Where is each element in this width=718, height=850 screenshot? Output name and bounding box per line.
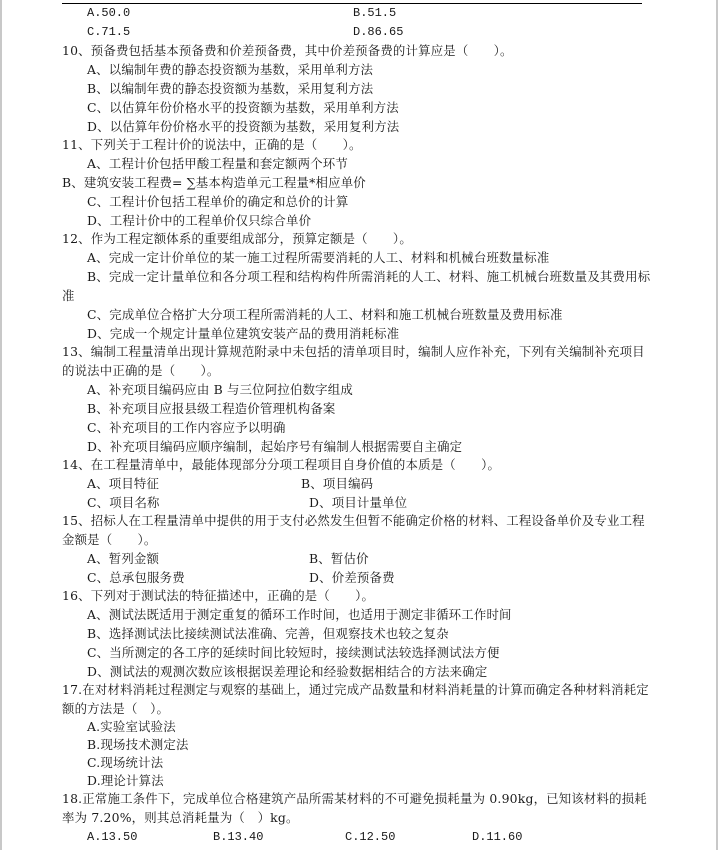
q17-option-d: D.理论计算法 [87, 772, 164, 790]
q12-stem: 12、作为工程定额体系的重要组成部分，预算定额是（ ）。 [62, 230, 412, 248]
q17-stem-line2: 额的方法是（ ）。 [62, 700, 169, 718]
q18-option-a: A.13.50 [87, 828, 137, 846]
q13-stem-line2: 的说法中正确的是（ ）。 [62, 362, 219, 380]
q15-option-b: B、暂估价 [309, 550, 369, 568]
q14-option-b: B、项目编码 [301, 475, 373, 493]
header-rule [62, 3, 642, 4]
q15-option-c: C、总承包服务费 [87, 569, 185, 587]
q9-option-a: A.50.0 [87, 4, 130, 22]
q9-option-c: C.71.5 [87, 23, 130, 41]
q10-option-a: A、以编制年费的静态投资额为基数，采用单利方法 [87, 61, 373, 79]
q11-option-b: B、建筑安装工程费= ∑基本构造单元工程量*相应单价 [62, 174, 366, 192]
q10-stem: 10、预备费包括基本预备费和价差预备费，其中价差预备费的计算应是（ ）。 [62, 42, 513, 60]
q17-option-a: A.实验室试验法 [87, 718, 176, 736]
q10-option-b: B、以编制年费的静态投资额为基数，采用复利方法 [87, 80, 373, 98]
q10-option-c: C、以估算年份价格水平的投资额为基数，采用单利方法 [87, 99, 399, 117]
q13-option-c: C、补充项目的工作内容应予以明确 [87, 419, 286, 437]
q14-option-a: A、项目特征 [87, 475, 159, 493]
q18-option-b: B.13.40 [213, 828, 263, 846]
q9-option-d: D.86.65 [353, 23, 403, 41]
q12-option-c: C、完成单位合格扩大分项工程所需消耗的人工、材料和施工机械台班数量及费用标准 [87, 306, 563, 324]
q12-option-a: A、完成一定计价单位的某一施工过程所需要消耗的人工、材料和机械台班数量标准 [87, 249, 549, 267]
q17-option-c: C.现场统计法 [87, 754, 163, 772]
q14-option-c: C、项目名称 [87, 494, 160, 512]
q16-stem: 16、下列对于测试法的特征描述中，正确的是（ ）。 [62, 587, 374, 605]
q11-stem: 11、下列关于工程计价的说法中，正确的是（ ）。 [62, 136, 362, 154]
q15-option-a: A、暂列金额 [87, 550, 159, 568]
q16-option-d: D、测试法的观测次数应该根据误差理论和经验数据相结合的方法来确定 [87, 663, 487, 681]
q14-option-d: D、项目计量单位 [309, 494, 407, 512]
q9-option-b: B.51.5 [353, 4, 396, 22]
q12-option-b: B、完成一定计量单位和各分项工程和结构构件所需消耗的人工、材料、施工机械台班数量… [87, 268, 650, 286]
q13-option-b: B、补充项目应报县级工程造价管理机构备案 [87, 400, 336, 418]
q16-option-b: B、选择测试法比接续测试法准确、完善，但观察技术也较之复杂 [87, 625, 449, 643]
q18-option-c: C.12.50 [345, 828, 395, 846]
q18-stem-line2: 率为 7.20%，则其总消耗量为（ ）kg。 [62, 809, 299, 827]
q15-stem-line1: 15、招标人在工程量清单中提供的用于支付必然发生但暂不能确定价格的材料、工程设备… [62, 512, 645, 530]
q10-option-d: D、以估算年份价格水平的投资额为基数，采用复利方法 [87, 118, 399, 136]
page-border-left [0, 0, 2, 850]
q16-option-c: C、当所测定的各工序的延续时间比较短时，接续测试法较选择测试法方便 [87, 644, 500, 662]
q13-option-d: D、补充项目编码应顺序编制，起始序号有编制人根据需要自主确定 [87, 438, 462, 456]
q14-stem: 14、在工程量清单中，最能体现部分分项工程项目自身价值的本质是（ ）。 [62, 456, 500, 474]
q17-stem-line1: 17.在对材料消耗过程测定与观察的基础上，通过完成产品数量和材料消耗量的计算而确… [62, 681, 649, 699]
q11-option-c: C、工程计价包括工程单价的确定和总价的计算 [87, 193, 349, 211]
q12-option-b-wrap: 准 [62, 287, 75, 305]
q18-option-d: D.11.60 [472, 828, 522, 846]
q11-option-a: A、工程计价包括甲酸工程量和套定额两个环节 [87, 155, 348, 173]
q13-option-a: A、补充项目编码应由 B 与三位阿拉伯数字组成 [87, 381, 353, 399]
q18-stem-line1: 18.正常施工条件下，完成单位合格建筑产品所需某材料的不可避免损耗量为 0.90… [62, 790, 647, 808]
q16-option-a: A、测试法既适用于测定重复的循环工作时间，也适用于测定非循环工作时间 [87, 606, 512, 624]
q15-option-d: D、价差预备费 [309, 569, 395, 587]
q12-option-d: D、完成一个规定计量单位建筑安装产品的费用消耗标准 [87, 325, 399, 343]
q17-option-b: B.现场技术测定法 [87, 736, 189, 754]
q13-stem-line1: 13、编制工程量清单出现计算规范附录中未包括的清单项目时，编制人应作补充，下列有… [62, 343, 645, 361]
q15-stem-line2: 金额是（ ）。 [62, 531, 157, 549]
q11-option-d: D、工程计价中的工程单价仅只综合单价 [87, 212, 311, 230]
